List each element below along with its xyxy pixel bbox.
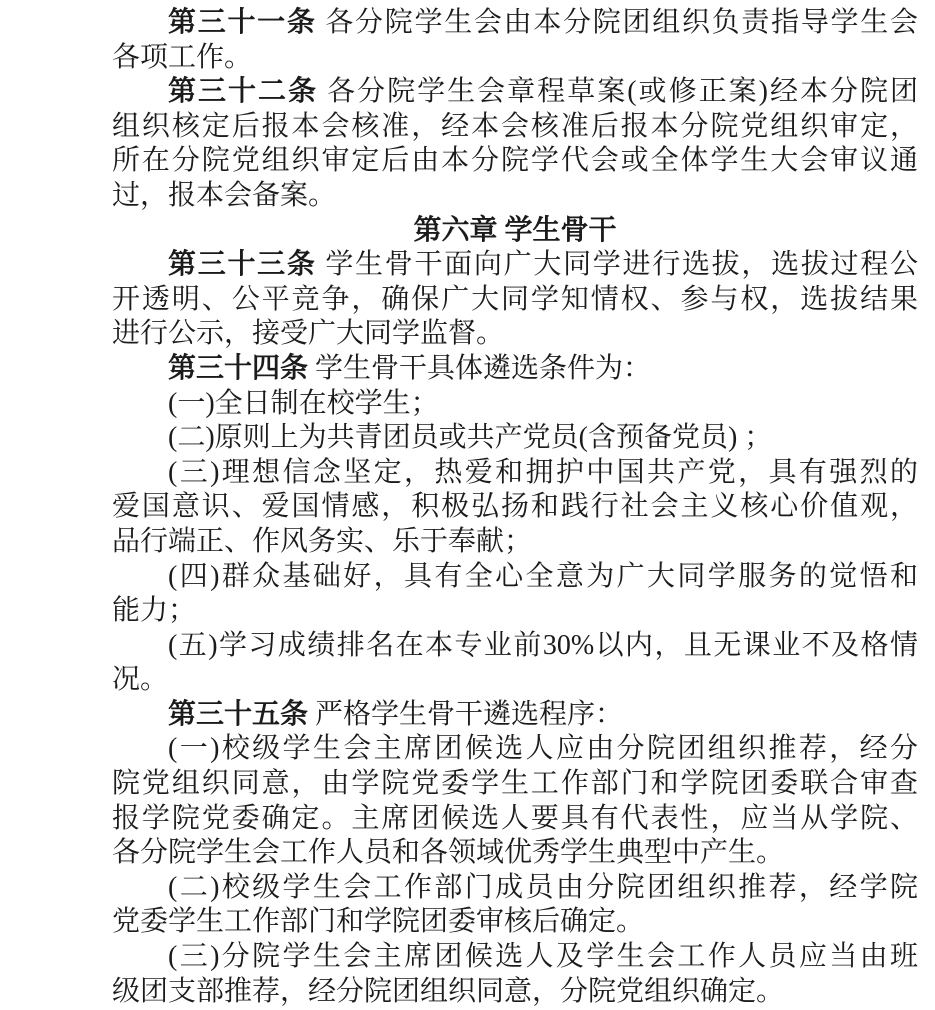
line-text: 开透明、公平竞争，确保广大同学知情权、参与权，选拔结果	[112, 284, 918, 315]
chapter-heading: 第六章 学生骨干	[112, 214, 918, 249]
line-text: 品行端正、作风务实、乐于奉献；	[112, 526, 532, 557]
text-line: 爱国意识、爱国情感，积极弘扬和践行社会主义核心价值观，	[112, 490, 918, 525]
line-text: 各分院学生会由本分院团组织负责指导学生会	[317, 7, 918, 38]
text-line: 第三十五条 严格学生骨干遴选程序：	[112, 698, 918, 733]
line-text: 各项工作。	[112, 42, 252, 73]
text-line: 所在分院党组织审定后由本分院学代会或全体学生大会审议通	[112, 144, 918, 179]
article-number: 第三十四条	[168, 353, 308, 384]
text-line: 进行公示，接受广大同学监督。	[112, 317, 918, 352]
text-line: 报学院党委确定。主席团候选人要具有代表性，应当从学院、	[112, 802, 918, 837]
text-line: 各项工作。	[112, 41, 918, 76]
text-line: 过，报本会备案。	[112, 179, 918, 214]
line-text: (三)理想信念坚定，热爱和拥护中国共产党，具有强烈的	[168, 457, 918, 488]
text-line: (四)群众基础好，具有全心全意为广大同学服务的觉悟和	[112, 560, 918, 595]
line-text: 各分院学生会章程草案(或修正案)经本分院团	[318, 76, 918, 107]
line-text: 院党组织同意，由学院党委学生工作部门和学院团委联合审查后，	[112, 768, 918, 802]
article-number: 第三十三条	[168, 249, 317, 280]
line-text: (二)校级学生会工作部门成员由分院团组织推荐，经学院	[168, 872, 918, 903]
text-line: 能力；	[112, 594, 918, 629]
line-text: 爱国意识、爱国情感，积极弘扬和践行社会主义核心价值观，	[112, 491, 918, 522]
text-line: (一)校级学生会主席团候选人应由分院团组织推荐，经分	[112, 732, 918, 767]
line-text: 况。	[112, 664, 168, 695]
line-text: (三)分院学生会主席团候选人及学生会工作人员应当由班	[168, 941, 918, 972]
line-text: (二)原则上为共青团员或共产党员(含预备党员) ；	[168, 422, 772, 453]
line-text: (一)全日制在校学生；	[168, 388, 439, 419]
text-line: 第三十一条 各分院学生会由本分院团组织负责指导学生会	[112, 6, 918, 41]
text-line: 各分院学生会工作人员和各领域优秀学生典型中产生。	[112, 836, 918, 871]
line-text: 学生骨干具体遴选条件为：	[308, 353, 651, 384]
text-line: (三)分院学生会主席团候选人及学生会工作人员应当由班	[112, 940, 918, 975]
line-text: 能力；	[112, 595, 196, 626]
line-text: (一)校级学生会主席团候选人应由分院团组织推荐，经分	[168, 733, 918, 764]
text-line: 组织核定后报本会核准，经本会核准后报本分院党组织审定，	[112, 110, 918, 145]
article-number: 第三十一条	[168, 7, 317, 38]
text-line: (五)学习成绩排名在本专业前30%以内，且无课业不及格情	[112, 629, 918, 664]
line-text: (五)学习成绩排名在本专业前30%以内，且无课业不及格情	[168, 630, 918, 661]
line-text: 严格学生骨干遴选程序：	[308, 699, 623, 730]
line-text: 过，报本会备案。	[112, 180, 336, 211]
text-line: 党委学生工作部门和学院团委审核后确定。	[112, 905, 918, 940]
article-number: 第三十五条	[168, 699, 308, 730]
line-text: 所在分院党组织审定后由本分院学代会或全体学生大会审议通	[112, 145, 918, 176]
line-text: 组织核定后报本会核准，经本会核准后报本分院党组织审定，	[112, 111, 918, 142]
text-line: (二)校级学生会工作部门成员由分院团组织推荐，经学院	[112, 871, 918, 906]
text-line: 第三十三条 学生骨干面向广大同学进行选拔，选拔过程公	[112, 248, 918, 283]
text-line: 况。	[112, 663, 918, 698]
line-text: 级团支部推荐，经分院团组织同意，分院党组织确定。	[112, 976, 784, 1007]
chapter-heading-text: 第六章 学生骨干	[413, 215, 616, 246]
article-number: 第三十二条	[168, 76, 318, 107]
text-line: 级团支部推荐，经分院团组织同意，分院党组织确定。	[112, 975, 918, 1010]
line-text: 学生骨干面向广大同学进行选拔，选拔过程公	[317, 249, 918, 280]
text-line: 品行端正、作风务实、乐于奉献；	[112, 525, 918, 560]
text-line: (二)原则上为共青团员或共产党员(含预备党员) ；	[112, 421, 918, 456]
text-line: 第三十二条 各分院学生会章程草案(或修正案)经本分院团	[112, 75, 918, 110]
line-text: 各分院学生会工作人员和各领域优秀学生典型中产生。	[112, 837, 784, 868]
line-text: 报学院党委确定。主席团候选人要具有代表性，应当从学院、	[112, 803, 918, 834]
line-text: 党委学生工作部门和学院团委审核后确定。	[112, 906, 644, 937]
line-text: 进行公示，接受广大同学监督。	[112, 318, 504, 349]
document-page: 第三十一条 各分院学生会由本分院团组织负责指导学生会 各项工作。 第三十二条 各…	[0, 0, 935, 1010]
line-text: (四)群众基础好，具有全心全意为广大同学服务的觉悟和	[168, 561, 918, 592]
text-line: 院党组织同意，由学院党委学生工作部门和学院团委联合审查后，	[112, 767, 918, 802]
text-line: 开透明、公平竞争，确保广大同学知情权、参与权，选拔结果	[112, 283, 918, 318]
text-line: 第三十四条 学生骨干具体遴选条件为：	[112, 352, 918, 387]
text-line: (一)全日制在校学生；	[112, 387, 918, 422]
text-line: (三)理想信念坚定，热爱和拥护中国共产党，具有强烈的	[112, 456, 918, 491]
